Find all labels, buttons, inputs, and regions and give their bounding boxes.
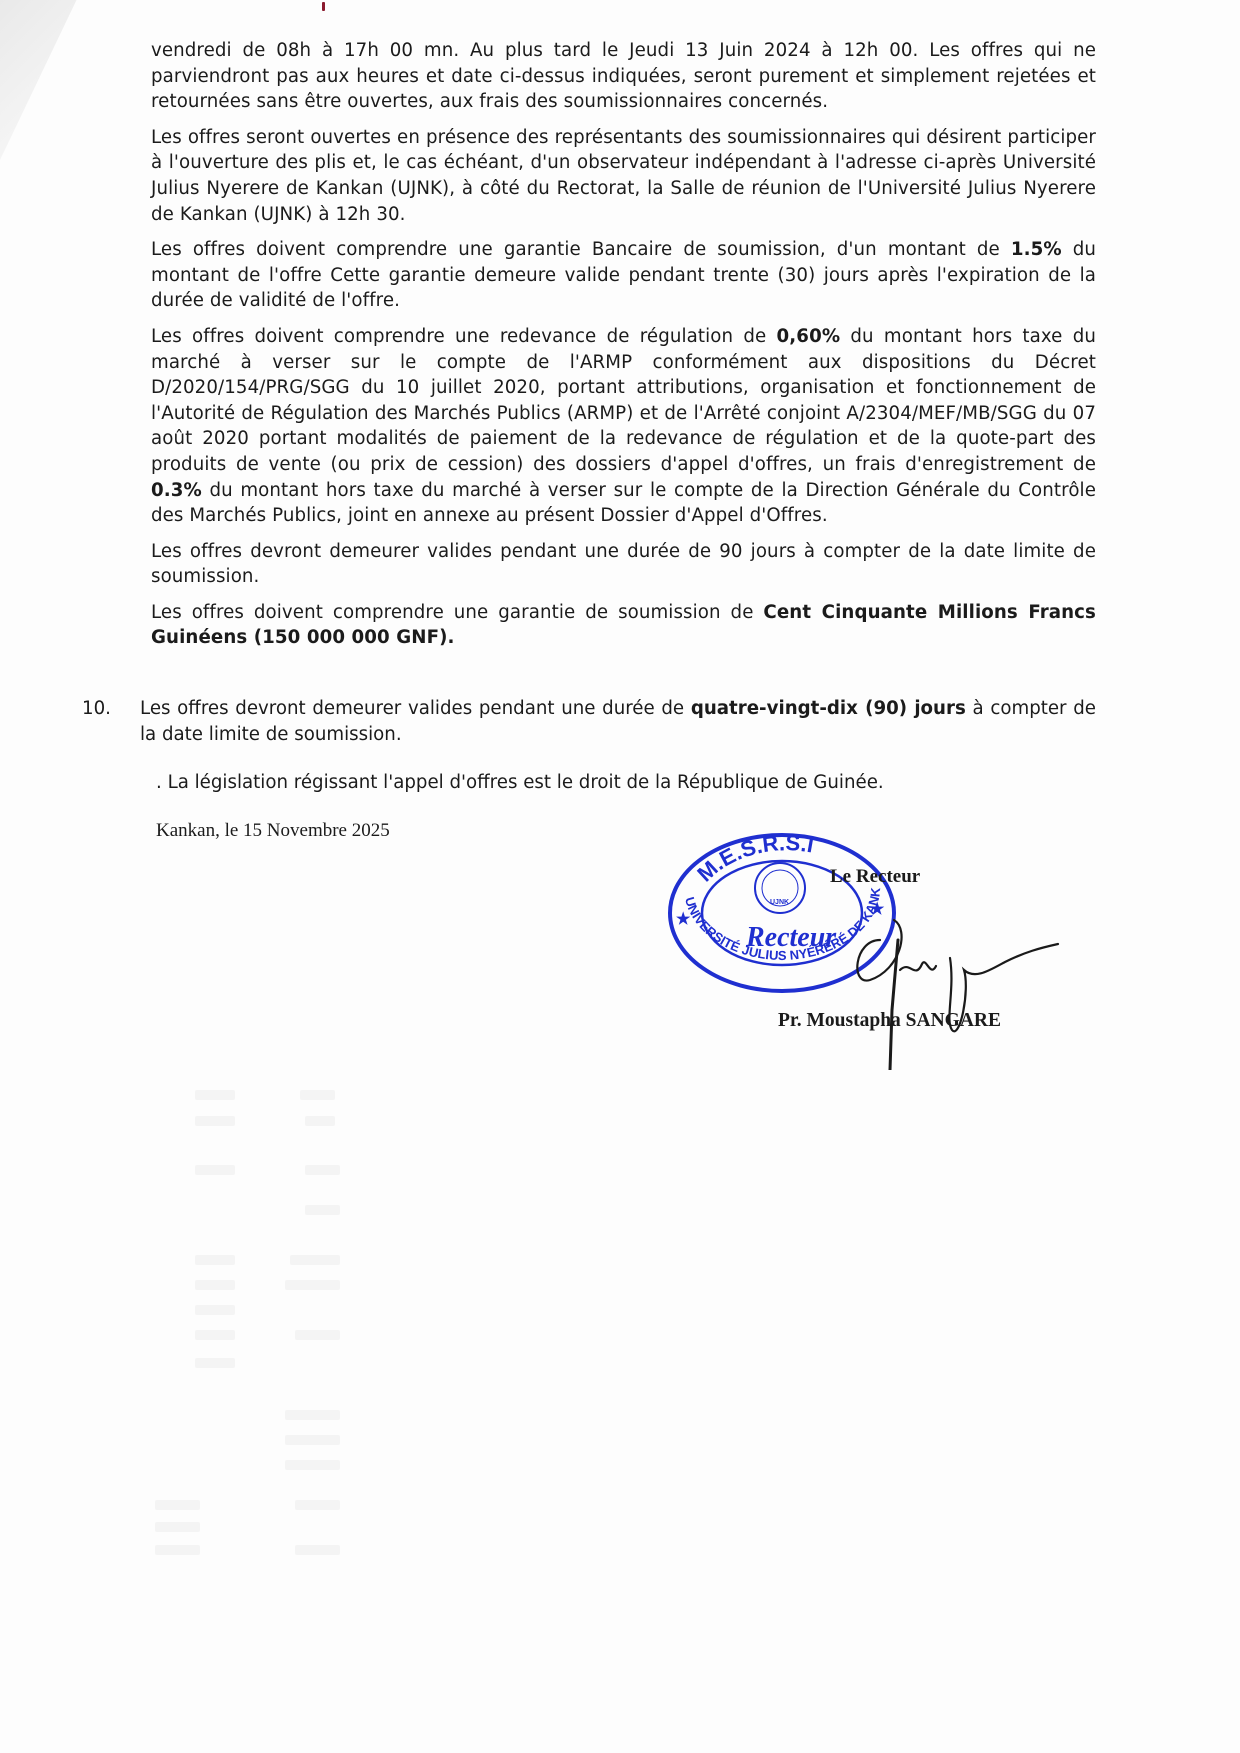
ink-mark xyxy=(322,2,325,11)
signatory-title: Le Recteur xyxy=(830,866,920,888)
paragraph-reception-deadline: vendredi de 08h à 17h 00 mn. Au plus tar… xyxy=(151,38,1096,115)
svg-text:★: ★ xyxy=(676,911,691,928)
stamp-seal-text: UJNK xyxy=(770,899,789,906)
item-number: 10. xyxy=(82,696,111,722)
stamp-center-text: Recteur xyxy=(745,922,837,953)
paragraph-submission-guarantee: Les offres doivent comprendre une garant… xyxy=(151,600,1096,651)
document-body: vendredi de 08h à 17h 00 mn. Au plus tar… xyxy=(151,38,1096,661)
signatory-name: Pr. Moustapha SANGARE xyxy=(778,1010,1001,1032)
paragraph-validity: Les offres devront demeurer valides pend… xyxy=(151,539,1096,590)
handwritten-signature xyxy=(840,900,1080,1070)
paragraph-opening: Les offres seront ouvertes en présence d… xyxy=(151,125,1096,227)
paragraph-bank-guarantee: Les offres doivent comprendre une garant… xyxy=(151,237,1096,314)
paragraph-regulation-fee: Les offres doivent comprendre une redeva… xyxy=(151,324,1096,529)
item-10-text: Les offres devront demeurer valides pend… xyxy=(140,696,1096,747)
place-and-date: Kankan, le 15 Novembre 2025 xyxy=(156,820,390,842)
folded-page-corner xyxy=(0,0,90,160)
governing-law-statement: . La législation régissant l'appel d'off… xyxy=(156,770,884,796)
